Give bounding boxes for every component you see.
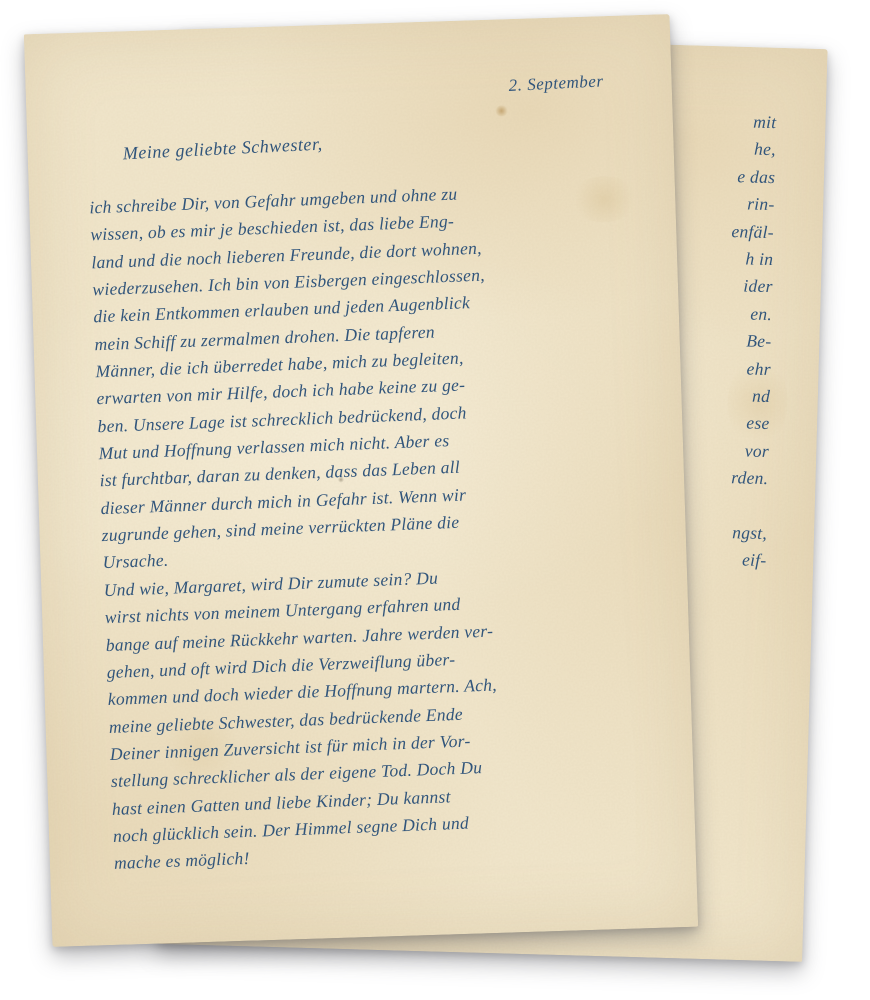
paper-stain <box>494 105 508 116</box>
letter-scene: mithe,e dasrin-enfäl-h inideren.Be-ehrnd… <box>0 0 870 1000</box>
letter-salutation: Meine geliebte Schwester, <box>122 134 323 165</box>
letter-date: 2. September <box>508 71 604 96</box>
letter-page-1: 2. September Meine geliebte Schwester, i… <box>24 14 698 947</box>
letter-body: ich schreibe Dir, von Gefahr umgeben und… <box>89 173 686 878</box>
